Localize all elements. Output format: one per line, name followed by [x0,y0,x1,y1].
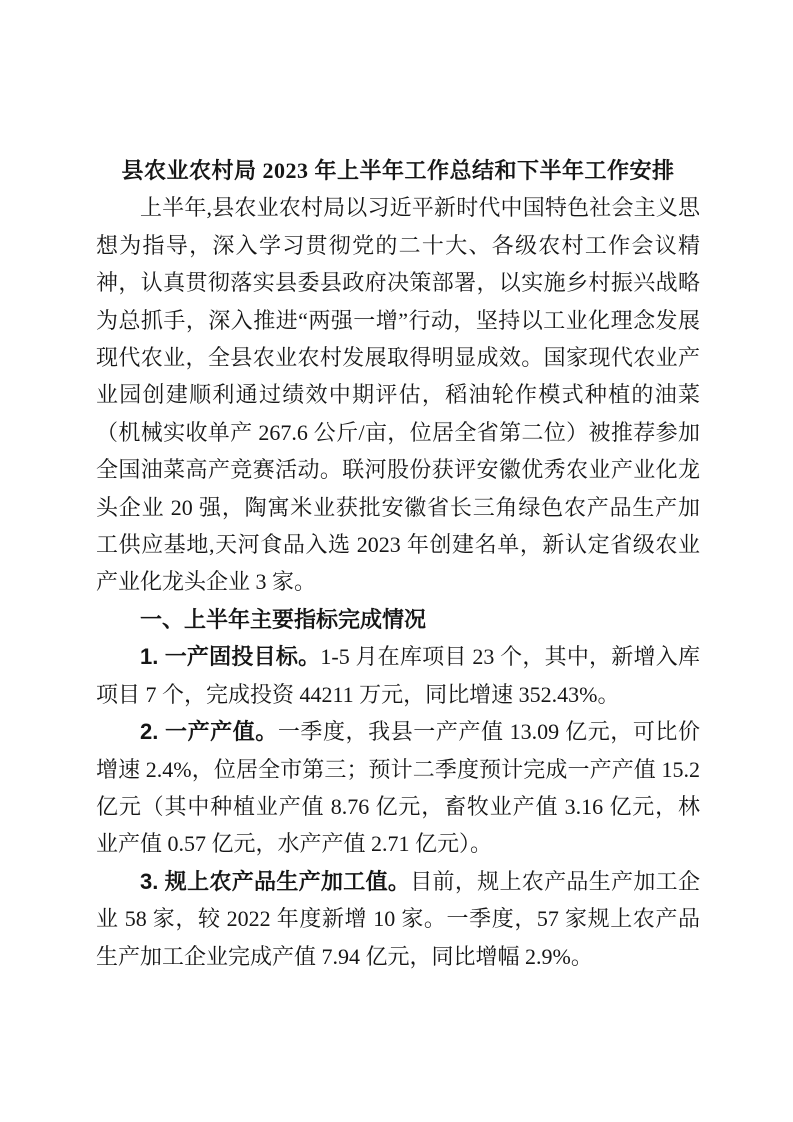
item-1-label: 1. 一产固投目标。 [140,644,320,669]
page-title: 县农业农村局 2023 年上半年工作总结和下半年工作安排 [96,152,700,189]
section-heading: 一、上半年主要指标完成情况 [96,601,700,638]
numbered-item-2: 2. 一产产值。一季度，我县一产产值 13.09 亿元，可比价增速 2.4%，位… [96,713,700,863]
numbered-item-1: 1. 一产固投目标。1-5 月在库项目 23 个，其中，新增入库项目 7 个，完… [96,638,700,713]
item-2-label: 2. 一产产值。 [140,719,278,744]
document-page: 县农业农村局 2023 年上半年工作总结和下半年工作安排 上半年,县农业农村局以… [0,0,793,1122]
intro-paragraph: 上半年,县农业农村局以习近平新时代中国特色社会主义思想为指导，深入学习贯彻党的二… [96,189,700,600]
numbered-item-3: 3. 规上农产品生产加工值。目前，规上农产品生产加工企业 58 家，较 2022… [96,863,700,975]
item-3-label: 3. 规上农产品生产加工值。 [140,869,410,894]
